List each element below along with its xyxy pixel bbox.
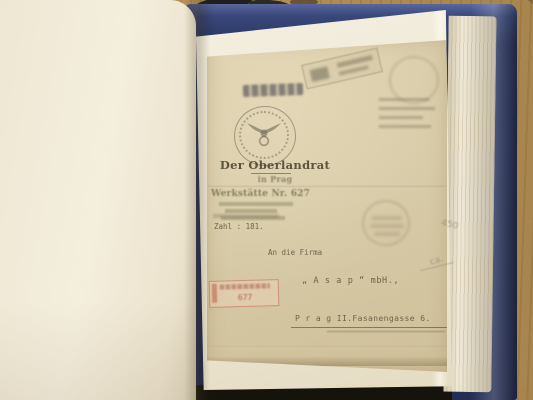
letterhead-subtitle: in Prag [217, 174, 333, 184]
registration-number: 677 [210, 292, 280, 303]
book-gutter-shadow [184, 0, 210, 400]
archival-letter: Der Oberlandrat in Prag Werkstätte Nr. 6… [207, 40, 447, 372]
faint-round-stamp [389, 56, 439, 104]
tilted-cachet-stamp [301, 48, 383, 90]
postmark-stamp [362, 200, 410, 246]
address-underline [291, 327, 449, 328]
workshop-stamp-text: Werkstätte Nr. 627 [211, 189, 310, 199]
tissue-interleaf-page: Der Oberlandrat in Prag Werkstätte Nr. 6… [196, 10, 452, 390]
document-bottom-shadow [207, 356, 447, 366]
typed-smudge-line [213, 214, 279, 218]
label-text-smudge [220, 283, 270, 289]
photo-scene: Der Oberlandrat in Prag Werkstätte Nr. 6… [0, 0, 533, 400]
fold-crease [207, 346, 447, 348]
letterhead-title: Der Oberlandrat [217, 158, 333, 172]
eagle-seal-stamp [234, 106, 296, 166]
recipient-name: „ A s a p “ mbH., [302, 276, 399, 286]
fold-crease [207, 186, 447, 188]
registration-label: 677 [209, 279, 280, 308]
recipient-address: P r a g II.Fasanengasse 6. [295, 314, 431, 323]
address-underline-2 [327, 331, 445, 332]
typed-bleedthrough-block [379, 98, 437, 138]
eagle-icon [244, 117, 284, 153]
received-handstamp [243, 83, 303, 97]
file-number: Zahl : 181. [214, 222, 264, 231]
page-edge-stack [443, 16, 496, 393]
salutation-line: An die Firma [268, 248, 322, 257]
stamp-smudge [310, 66, 330, 82]
left-page-shading [0, 300, 196, 400]
